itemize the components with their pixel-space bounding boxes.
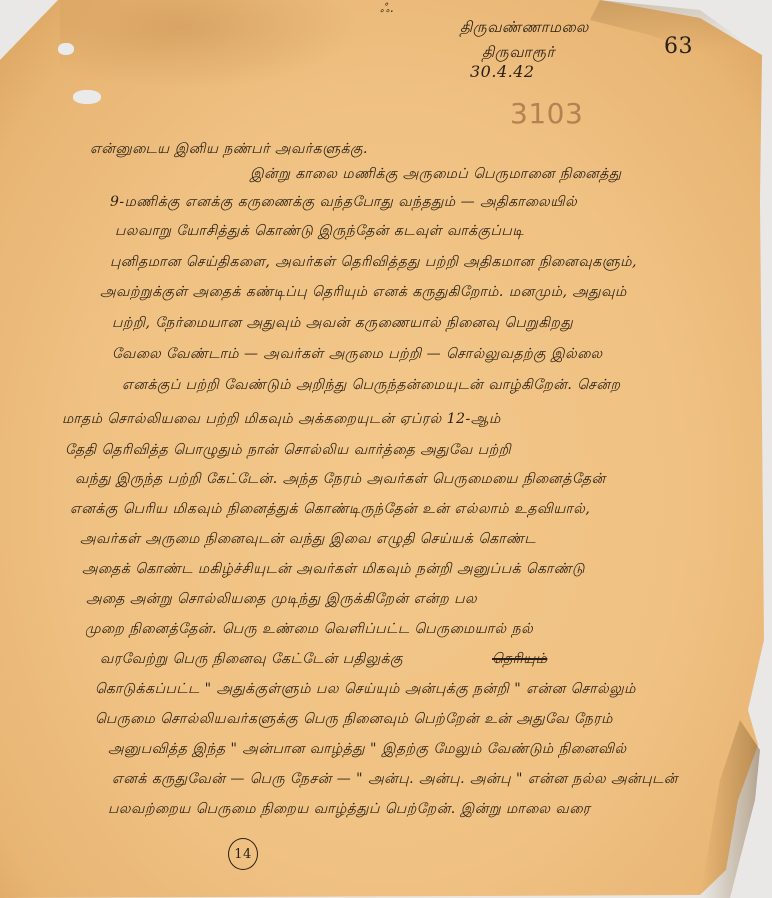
top-mark: ஃ. <box>380 2 394 14</box>
body-line: பெருமை சொல்லியவர்களுக்கு பெரு நினைவும் ப… <box>95 712 613 726</box>
body-line: பலவாறு யோசித்துக் கொண்டு இருந்தேன் கடவுள… <box>115 224 524 238</box>
archive-number: 3103 <box>510 100 583 128</box>
body-line: கொடுக்கப்பட்ட " அதுக்குள்ளும் பல செய்யும… <box>95 682 636 696</box>
body-line: 9-மணிக்கு எனக்கு கருணைக்கு வந்தபோது வந்த… <box>110 195 577 209</box>
body-line: மாதம் சொல்லியவை பற்றி மிகவும் அக்கறையுடன… <box>62 412 501 426</box>
body-line: அனுபவித்த இந்த " அன்பான வாழ்த்து " இதற்க… <box>108 742 627 756</box>
body-line: தேதி தெரிவித்த பொழுதும் நான் சொல்லிய வார… <box>65 443 511 457</box>
body-line: புனிதமான செய்திகளை, அவர்கள் தெரிவித்தது … <box>110 255 637 269</box>
salutation-text: என்னுடைய இனிய நண்பர் அவர்களுக்கு. <box>90 142 368 156</box>
body-line: வரவேற்று பெரு நினைவு கேட்டேன் பதிலுக்கு <box>100 652 403 666</box>
body-line: அவர்கள் அருமை நினைவுடன் வந்து இவை எழுதி … <box>80 532 536 546</box>
body-line: எனக்குப் பற்றி வேண்டும் அறிந்து பெருந்தன… <box>122 378 620 392</box>
page-mark: 14 <box>234 847 252 862</box>
paper-hole <box>73 90 101 104</box>
body-line: இன்று காலை மணிக்கு அருமைப் பெருமானை நினை… <box>250 167 622 181</box>
body-line: அதைக் கொண்ட மகிழ்ச்சியுடன் அவர்கள் மிகவு… <box>82 562 585 576</box>
page-mark-circle: 14 <box>228 838 258 870</box>
body-line: அவற்றுக்குள் அதைக் கண்டிப்பு தெரியும் என… <box>100 285 627 299</box>
body-line: எனக் கருதுவேன் — பெரு நேசன் — " அன்பு. அ… <box>112 772 678 786</box>
paper-hole <box>58 43 74 55</box>
header-place-2: திருவாரூர் <box>482 45 555 60</box>
body-line: வேலை வேண்டாம் — அவர்கள் அருமை பற்றி — சொ… <box>112 347 603 361</box>
body-line: வந்து இருந்த பற்றி கேட்டேன். அந்த நேரம் … <box>75 472 606 486</box>
folio-number: 63 <box>664 36 693 58</box>
body-line: முறை நினைத்தேன். பெரு உண்மை வெளிப்பட்ட ப… <box>85 622 533 636</box>
body-line: அதை அன்று சொல்லியதை முடிந்து இருக்கிறேன்… <box>86 592 477 606</box>
body-line: எனக்கு பெரிய மிகவும் நினைத்துக் கொண்டிரு… <box>70 502 590 516</box>
header-place-1: திருவண்ணாமலை <box>460 20 589 35</box>
struck-text: தெரியும் <box>492 652 547 666</box>
body-line: பற்றி, நேர்மையான அதுவும் அவன் கருணையால் … <box>112 316 573 330</box>
water-stain <box>60 0 360 90</box>
header-date: 30.4.42 <box>470 64 535 80</box>
body-line: பலவற்றைய பெருமை நிறைய வாழ்த்துப் பெற்றேன… <box>108 802 590 816</box>
